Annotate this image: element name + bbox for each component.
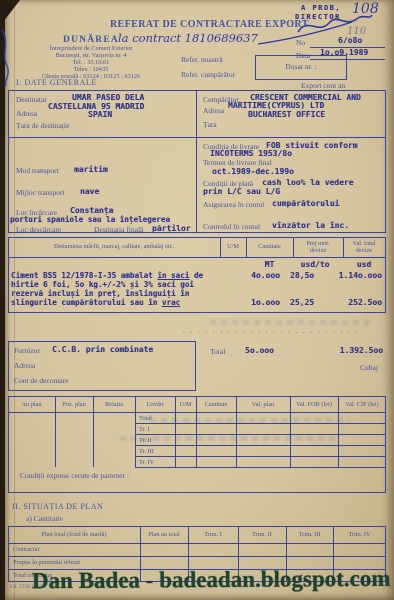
goods-row1-cantitate: 4o.ooo	[232, 271, 280, 280]
total-cantitate: 5o.ooo	[245, 346, 274, 355]
asigurare-label: Asigurarea în contul	[203, 201, 264, 210]
dotted-separator: . . . . . . . . . . . . . . . . . . . . …	[183, 327, 359, 335]
scanned-document-page: A PROB, DIRECTOR 108 110 REFERAT DE CONT…	[0, 0, 394, 600]
plan-row-total: Total	[139, 415, 152, 422]
sit-col-trim3: Trim. III	[286, 531, 333, 538]
refer-buyer-label: Refer. cumpărător	[181, 71, 235, 80]
plan-row-divider-5	[135, 467, 386, 468]
furnizor-adresa-label: Adresa	[14, 362, 35, 371]
loc-descarcare-label: Loc descărcare	[16, 226, 61, 235]
dosar-box: Dosar nr. :	[255, 55, 347, 80]
adresa2-label: Adresa	[203, 107, 224, 116]
cumparator-value-2: MARITIME(CYPRUS) LTD	[228, 101, 324, 110]
sit-col-plan-total: Plan total (fond de marfă)	[8, 531, 140, 538]
goods-desc-line1: Ciment BSS 12/1978-I-35 ambalat în saci …	[11, 271, 203, 280]
bleed-through-smudge	[210, 320, 370, 325]
refer-ours-label: Refer. noastră	[181, 56, 223, 65]
destinatia-finala-label: Destinația finală	[94, 226, 143, 235]
control-label: Controlul în contul	[203, 223, 260, 232]
plan-row-divider-2	[135, 434, 386, 435]
goods-row2-cantitate: 1o.ooo	[232, 298, 280, 307]
destinatar-label: Destinatar	[16, 96, 47, 105]
conditii-plata-value-1: cash loo% la vedere	[262, 178, 354, 187]
section1-title: I. DATE GENERALE	[16, 79, 97, 88]
control-value: vînzător la înc.	[272, 221, 349, 230]
goods-row2-pret: 25,25	[290, 298, 314, 307]
plan-col-um: U/M	[175, 401, 196, 408]
general-box-hdivider	[8, 137, 386, 138]
goods-col-val-2: devize	[343, 247, 385, 254]
goods-row1-val: 1.14o.ooo	[322, 271, 382, 280]
cubaj-label: Cubaj	[360, 364, 378, 373]
plan-col-an: An plan	[8, 401, 55, 408]
plan-col-livrari: Livrări	[135, 401, 175, 408]
goods-desc-underlined-2: vrac	[162, 298, 180, 307]
goods-col-desc: Denumirea mărfii, marcaj, calitate, amba…	[10, 243, 218, 250]
plan-row-tr3: Tr. III	[139, 448, 154, 455]
general-box-divider	[196, 90, 197, 233]
no-value: 6/o8o	[338, 36, 362, 45]
photo-corner-shadow	[0, 0, 20, 26]
goods-desc-line2: hîrtie 6 foi, 5o kg.+/-2% și 3% saci goi	[11, 280, 194, 289]
watermark-text: Dan Badea - badeadan.blogspot.com	[32, 566, 391, 595]
adresa-value: SPAIN	[88, 110, 112, 119]
mijloc-transport-value: nave	[80, 187, 99, 196]
company-name: DUNĂREA	[18, 36, 164, 45]
conditia-livrare-value-2: INCOTERMS 1953/8o	[210, 149, 292, 158]
asigurare-value: cumpărătorului	[272, 199, 339, 208]
goods-row2-val: 252.5oo	[322, 298, 382, 307]
no-label: No	[296, 39, 305, 48]
plan-row-divider-1	[135, 423, 386, 424]
sit-row-propus: Propus în prezentul referat	[13, 559, 80, 566]
plan-col-poz: Poz. plan	[55, 401, 93, 408]
adresa-label: Adresa	[16, 110, 37, 119]
plan-col-val-fob: Val. FOB (lei)	[290, 401, 338, 408]
plan-row-divider-3	[135, 445, 386, 446]
goods-row1-pret: 28,5o	[290, 271, 314, 280]
goods-desc-line4: slingurile cumpărătorului sau în vrac	[11, 298, 180, 307]
goods-desc-underlined-1: în saci	[157, 271, 189, 280]
plan-col-relatia: Relația	[93, 401, 135, 408]
company-line2: București, str. Varșovia nr. 4	[18, 52, 164, 59]
sit-header-underline	[8, 543, 386, 544]
goods-unit-val: usd	[343, 260, 385, 269]
company-line4: Telex : 10435	[18, 66, 164, 73]
sit-row-contractat: Contractat	[13, 546, 39, 553]
company-letterhead: DUNĂREA Întreprindere de Comerț Exterior…	[18, 36, 164, 81]
goods-col-cantitate: Cantitate	[246, 243, 293, 250]
mijloc-transport-label: Mijloc transport	[16, 189, 65, 198]
sit-col-trim2: Trim. II	[238, 531, 286, 538]
adresa2-value: BUCHAREST OFFICE	[248, 110, 325, 119]
plan-row-tr2: Tr. II	[139, 437, 152, 444]
goods-unit-pret: usd/to	[290, 260, 340, 269]
furnizor-cont-label: Cont de decontare	[14, 377, 69, 386]
dosar-label: Dosar nr. :	[256, 56, 346, 78]
section2-title: II. SITUAȚIA DE PLAN	[12, 503, 103, 512]
sit-col-an-total: Plan an total	[140, 531, 188, 538]
goods-header-underline	[8, 257, 386, 258]
section2-sub: a) Cantitativ	[26, 515, 63, 524]
company-line3: Tel. : 33.10.61	[18, 59, 164, 66]
goods-col-um: U/M	[220, 243, 246, 250]
termen-livrare-value: oct.1989-dec.199o	[212, 167, 294, 176]
conditii-plata-value-2: prin L/C sau L/G	[203, 187, 280, 196]
company-line1: Întreprindere de Comerț Exterior	[18, 45, 164, 52]
total-label: Total	[210, 348, 225, 357]
goods-desc-line3: rezervă incluși în preț, înslinguiți în	[11, 289, 189, 298]
pen-mark-left-edge	[0, 28, 14, 88]
document-title: REFERAT DE CONTRACTARE EXPORT	[110, 21, 296, 30]
plan-col-val-plan: Val. plan	[236, 401, 290, 408]
loc-incarcare-extra: porturi spaniole sau la înțelegerea	[10, 215, 170, 224]
conditii-exprese-label: Condiții exprese cerute de partener :	[20, 472, 129, 481]
sit-col-trim1: Trim. I	[188, 531, 238, 538]
loc-incarcare-value: Constanța	[70, 206, 113, 215]
plan-row-tr4: Tr. IV	[139, 459, 154, 466]
sit-col-trim4: Trim. IV	[333, 531, 386, 538]
mod-transport-value: maritim	[74, 165, 108, 174]
mod-transport-label: Mod transport	[16, 167, 59, 176]
destinatia-finala-value: părților	[152, 224, 191, 233]
goods-col-pret-2: devize	[293, 247, 343, 254]
destinatar-value-1: UMAR PASEO DELA	[72, 93, 144, 102]
goods-unit-cantitate: MT	[246, 260, 293, 269]
total-val: 1.392.5oo	[315, 346, 383, 355]
plan-row-divider-4	[135, 456, 386, 457]
tara-label: Țara	[203, 121, 217, 130]
plan-col-cantitate: Cantitate	[196, 401, 236, 408]
tara-destinatie-label: Țara de destinație	[16, 122, 69, 131]
plan-row-tr1: Tr. I	[139, 426, 150, 433]
plan-col-val-cif: Val. CIF (lei)	[338, 401, 386, 408]
sit-row-divider-1	[8, 556, 386, 557]
furnizor-value: C.C.B. prin combinate	[52, 345, 153, 354]
furnizor-label: Furnizor	[14, 347, 40, 356]
